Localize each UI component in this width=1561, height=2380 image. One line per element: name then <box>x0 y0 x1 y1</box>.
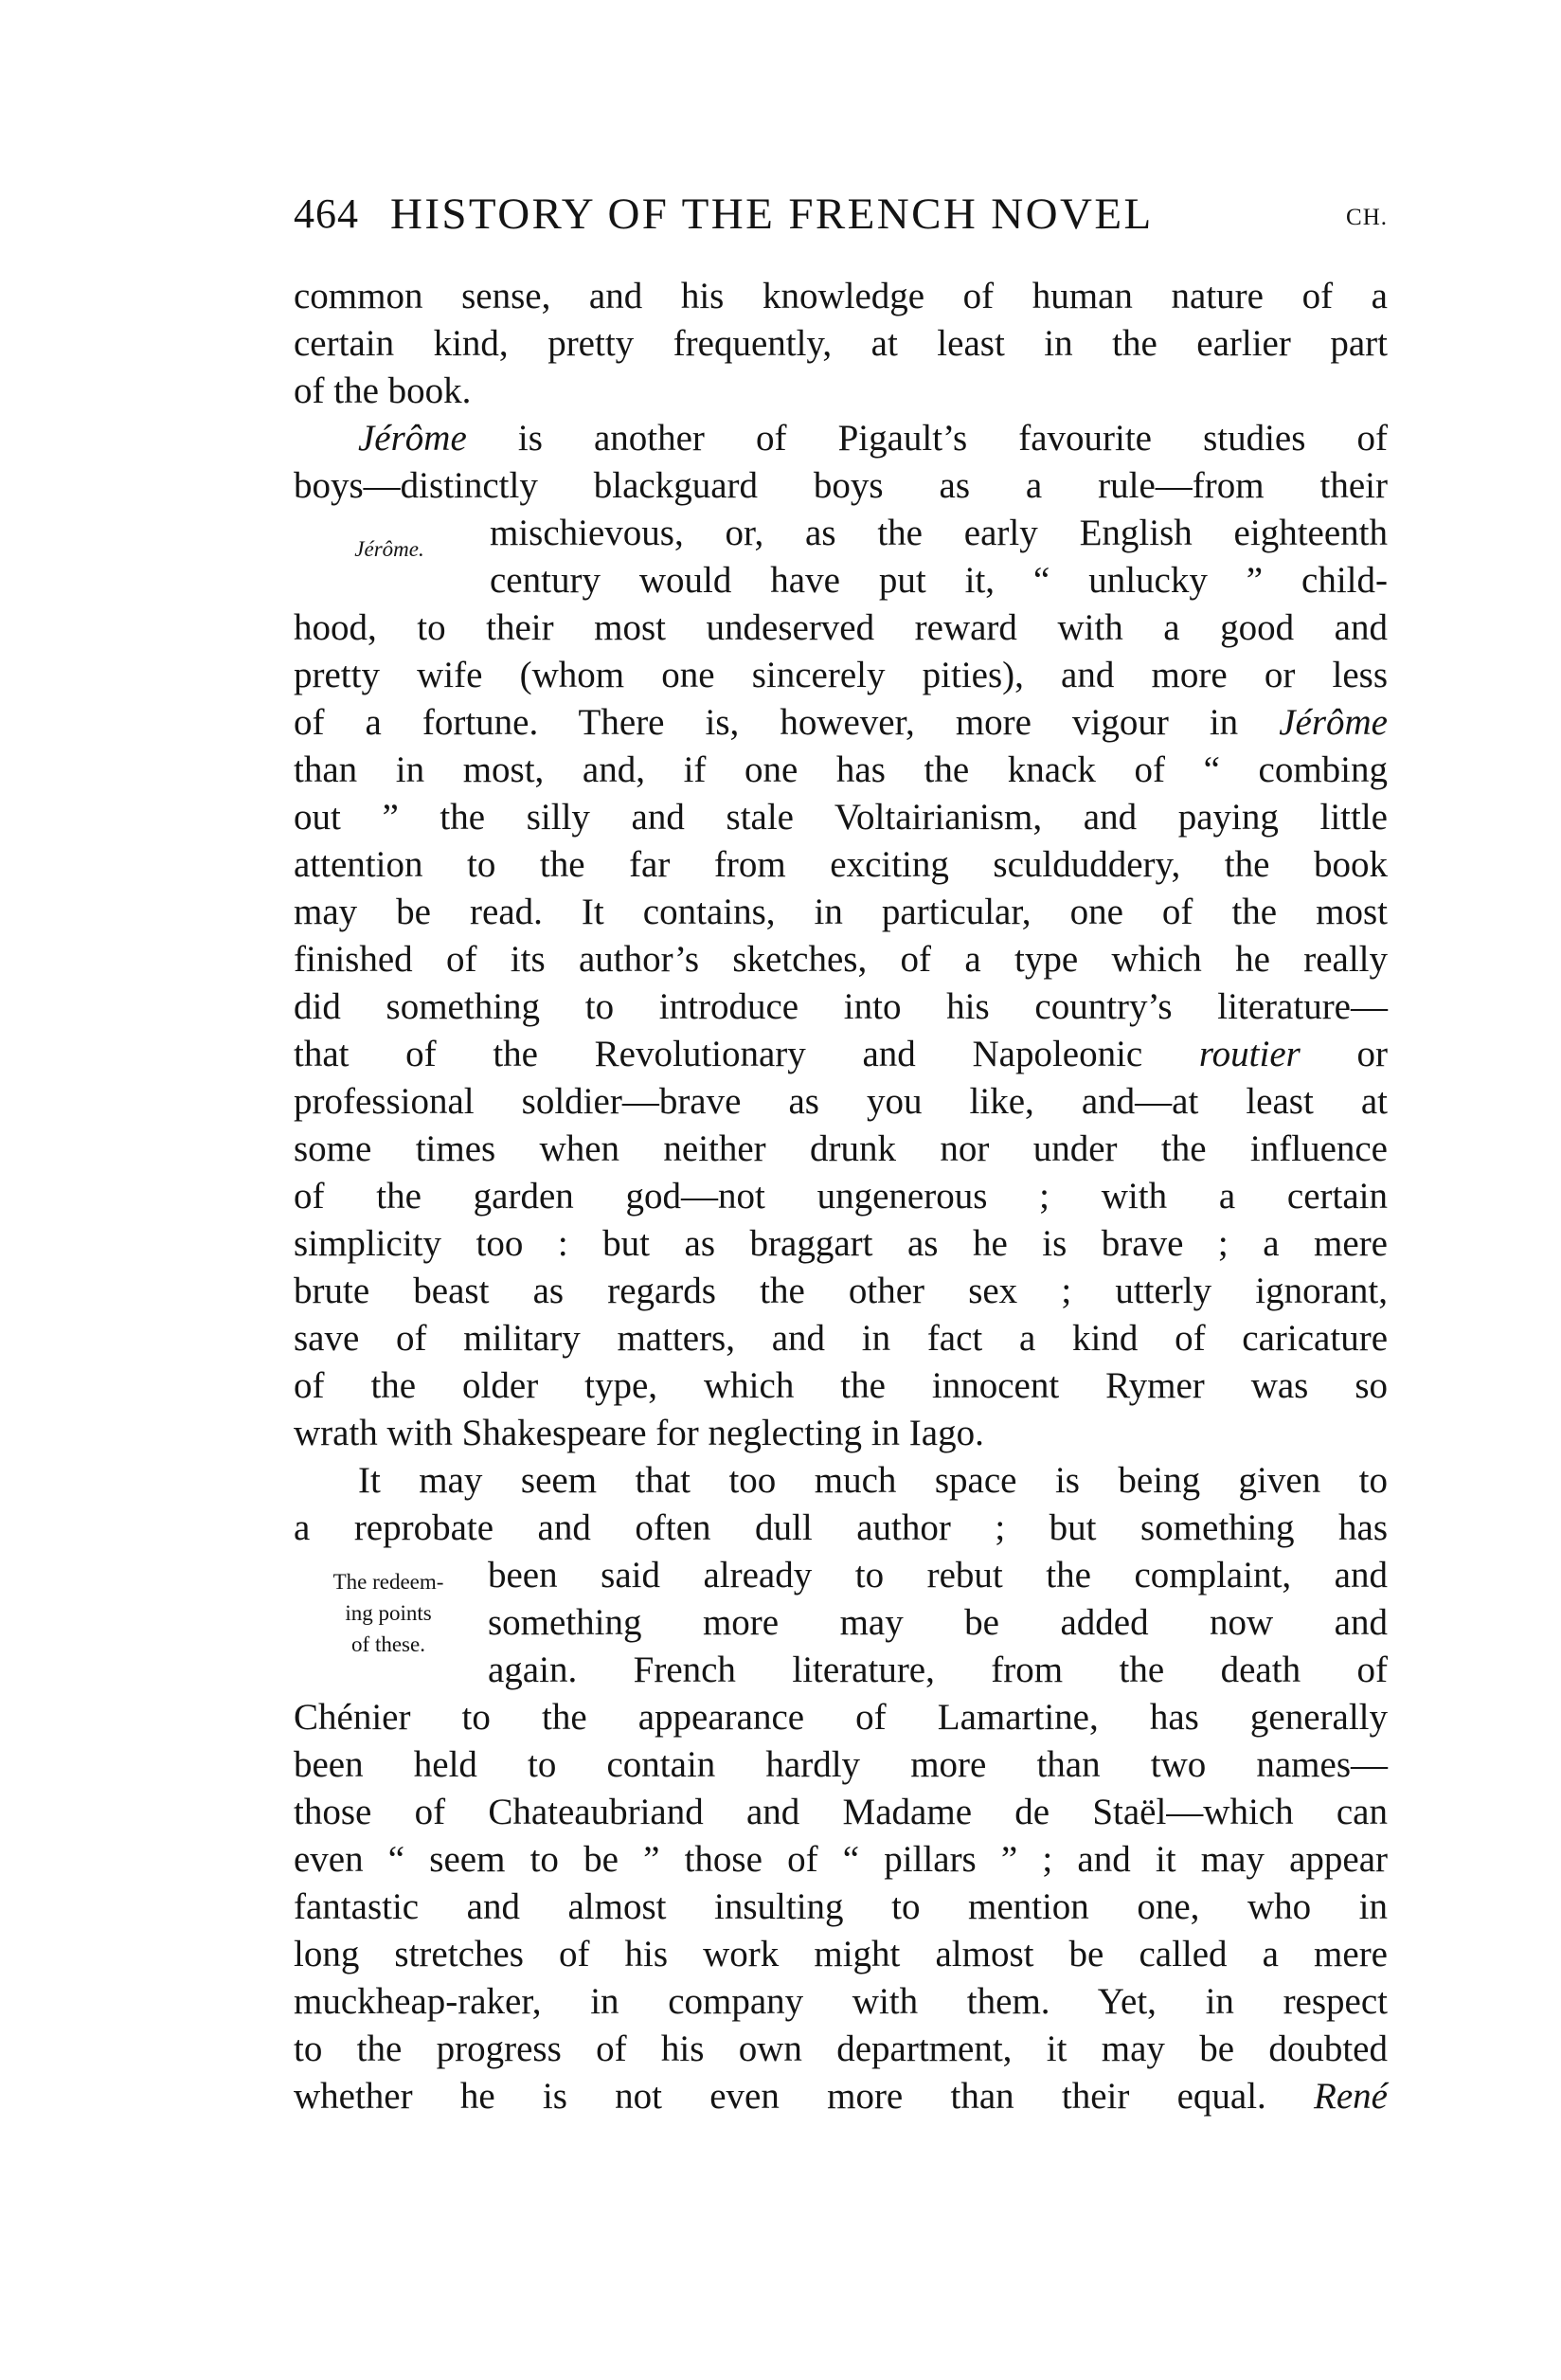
text-segment: than in most, and, if one has the knack … <box>294 749 1388 790</box>
text-segment: of the book. <box>294 370 471 411</box>
text-line: may be read. It contains, in particular,… <box>294 889 1388 936</box>
text-line: pretty wife (whom one sincerely pities),… <box>294 652 1388 699</box>
text-segment: boys—distinctly blackguard boys as a rul… <box>294 465 1388 506</box>
text-line: of the book. <box>294 368 1388 415</box>
text-segment: to the progress of his own department, i… <box>294 2028 1388 2069</box>
text-line: been said already to rebut the complaint… <box>294 1552 1388 1599</box>
text-line: even “ seem to be ” those of “ pillars ”… <box>294 1836 1388 1884</box>
text-segment: or <box>1301 1034 1388 1074</box>
text-line: attention to the far from exciting sculd… <box>294 841 1388 889</box>
text-segment: brute beast as regards the other sex ; u… <box>294 1271 1388 1311</box>
text-segment: even “ seem to be ” those of “ pillars ”… <box>294 1839 1388 1880</box>
text-line: save of military matters, and in fact a … <box>294 1315 1388 1362</box>
body-text: common sense, and his knowledge of human… <box>294 273 1388 2120</box>
text-segment: It may seem that too much space is being… <box>358 1460 1388 1501</box>
italic-text: René <box>1314 2076 1388 2117</box>
text-segment: mischievous, or, as the early English ei… <box>490 513 1388 553</box>
text-segment: attention to the far from exciting sculd… <box>294 844 1388 885</box>
text-line: wrath with Shakespeare for neglecting in… <box>294 1410 1388 1457</box>
text-line: that of the Revolutionary and Napoleonic… <box>294 1031 1388 1078</box>
text-segment: century would have put it, “ unlucky ” c… <box>490 560 1388 601</box>
text-segment: long stretches of his work might almost … <box>294 1934 1388 1974</box>
italic-text: Jérôme <box>1279 702 1388 743</box>
text-line: long stretches of his work might almost … <box>294 1931 1388 1978</box>
text-line: professional soldier—brave as you like, … <box>294 1078 1388 1126</box>
text-line: It may seem that too much space is being… <box>294 1457 1388 1505</box>
text-segment: wrath with Shakespeare for neglecting in… <box>294 1413 984 1453</box>
text-segment: is another of Pigault’s favourite studie… <box>467 418 1388 459</box>
text-line: something more may be added now and <box>294 1599 1388 1647</box>
text-segment: been held to contain hardly more than tw… <box>294 1744 1388 1785</box>
text-segment: some times when neither drunk nor under … <box>294 1128 1388 1169</box>
italic-text: Jérôme <box>358 418 467 459</box>
text-segment: professional soldier—brave as you like, … <box>294 1081 1388 1122</box>
text-line: boys—distinctly blackguard boys as a rul… <box>294 462 1388 510</box>
text-line: again. French literature, from the death… <box>294 1647 1388 1694</box>
chapter-abbrev: CH. <box>1346 189 1388 246</box>
text-segment: a reprobate and often dull author ; but … <box>294 1507 1388 1548</box>
text-line: been held to contain hardly more than tw… <box>294 1741 1388 1789</box>
text-segment: pretty wife (whom one sincerely pities),… <box>294 655 1388 695</box>
text-line: Jérôme is another of Pigault’s favourite… <box>294 415 1388 462</box>
text-segment: fantastic and almost insulting to mentio… <box>294 1886 1388 1927</box>
text-segment: common sense, and his knowledge of human… <box>294 276 1388 316</box>
text-line: of a fortune. There is, however, more vi… <box>294 699 1388 747</box>
text-segment: of the garden god—not ungenerous ; with … <box>294 1176 1388 1217</box>
text-segment: something more may be added now and <box>488 1602 1388 1643</box>
text-line: fantastic and almost insulting to mentio… <box>294 1884 1388 1931</box>
text-segment: finished of its author’s sketches, of a … <box>294 939 1388 980</box>
text-line: century would have put it, “ unlucky ” c… <box>294 557 1388 604</box>
text-segment: that of the Revolutionary and Napoleonic <box>294 1034 1199 1074</box>
text-line: brute beast as regards the other sex ; u… <box>294 1268 1388 1315</box>
text-segment: been said already to rebut the complaint… <box>488 1555 1388 1596</box>
text-segment: did something to introduce into his coun… <box>294 986 1388 1027</box>
italic-text: routier <box>1199 1034 1301 1074</box>
text-segment: of a fortune. There is, however, more vi… <box>294 702 1279 743</box>
text-line: certain kind, pretty frequently, at leas… <box>294 320 1388 368</box>
text-line: those of Chateaubriand and Madame de Sta… <box>294 1789 1388 1836</box>
text-segment: those of Chateaubriand and Madame de Sta… <box>294 1792 1388 1832</box>
text-segment: may be read. It contains, in particular,… <box>294 892 1388 932</box>
running-title: HISTORY OF THE FRENCH NOVEL <box>390 186 1154 243</box>
text-line: did something to introduce into his coun… <box>294 983 1388 1031</box>
text-segment: save of military matters, and in fact a … <box>294 1318 1388 1359</box>
text-segment: simplicity too : but as braggart as he i… <box>294 1223 1388 1264</box>
text-line: hood, to their most undeserved reward wi… <box>294 604 1388 652</box>
text-segment: muckheap-raker, in company with them. Ye… <box>294 1981 1388 2022</box>
page-number: 464 <box>294 186 359 243</box>
text-line: common sense, and his knowledge of human… <box>294 273 1388 320</box>
text-line: some times when neither drunk nor under … <box>294 1126 1388 1173</box>
text-segment: out ” the silly and stale Voltairianism,… <box>294 797 1388 838</box>
text-line: whether he is not even more than their e… <box>294 2073 1388 2120</box>
running-header: 464 HISTORY OF THE FRENCH NOVEL CH. <box>294 186 1388 243</box>
text-line: Chénier to the appearance of Lamartine, … <box>294 1694 1388 1741</box>
text-line: to the progress of his own department, i… <box>294 2026 1388 2073</box>
text-line: finished of its author’s sketches, of a … <box>294 936 1388 983</box>
text-line: simplicity too : but as braggart as he i… <box>294 1220 1388 1268</box>
text-line: of the older type, which the innocent Ry… <box>294 1362 1388 1410</box>
book-page: 464 HISTORY OF THE FRENCH NOVEL CH. Jérô… <box>0 0 1561 2380</box>
text-line: muckheap-raker, in company with them. Ye… <box>294 1978 1388 2026</box>
text-segment: certain kind, pretty frequently, at leas… <box>294 323 1388 364</box>
text-segment: Chénier to the appearance of Lamartine, … <box>294 1697 1388 1738</box>
text-segment: hood, to their most undeserved reward wi… <box>294 607 1388 648</box>
text-line: a reprobate and often dull author ; but … <box>294 1505 1388 1552</box>
text-line: of the garden god—not ungenerous ; with … <box>294 1173 1388 1220</box>
text-segment: again. French literature, from the death… <box>488 1650 1388 1690</box>
text-line: mischievous, or, as the early English ei… <box>294 510 1388 557</box>
text-line: than in most, and, if one has the knack … <box>294 747 1388 794</box>
text-segment: of the older type, which the innocent Ry… <box>294 1365 1388 1406</box>
text-segment: whether he is not even more than their e… <box>294 2076 1314 2117</box>
text-line: out ” the silly and stale Voltairianism,… <box>294 794 1388 841</box>
